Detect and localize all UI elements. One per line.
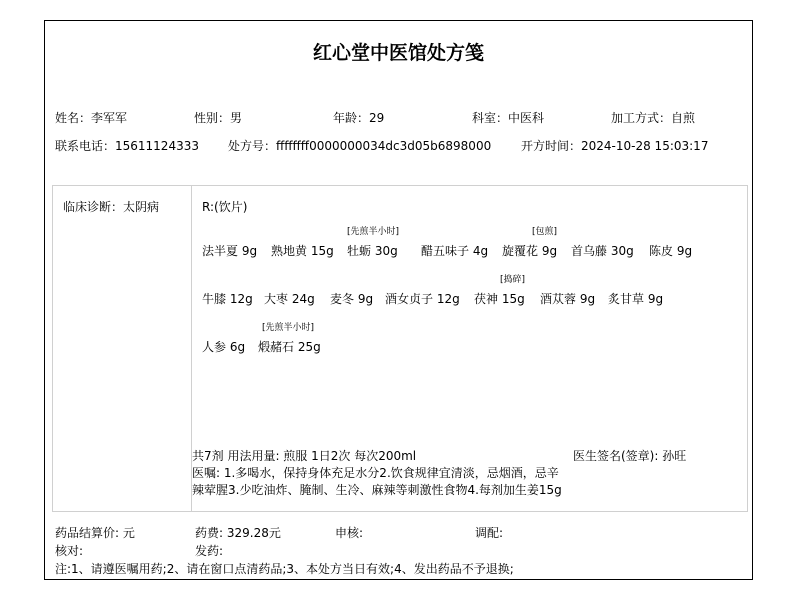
herb-note: [捣碎]: [500, 272, 525, 285]
herb-item: 茯神 15g: [474, 290, 525, 307]
phone-number: 联系电话：15611124333: [55, 137, 199, 154]
department: 科室：中医科: [472, 109, 544, 126]
herb-line-1: 法半夏 9g 熟地黄 15g [先煎半小时] 牡蛎 30g 醋五味子 4g [包…: [202, 224, 747, 264]
check-row: 核对: 发药:: [55, 542, 742, 558]
fee-row: 药品结算价: 元 药费: 329.28元 申核: 调配:: [55, 524, 742, 540]
processing-method: 加工方式：自煎: [611, 109, 695, 126]
herb-item: 煅赭石 25g: [258, 338, 321, 355]
diagnosis-column: 临床诊断：太阴病: [53, 186, 192, 511]
check-label: 核对:: [55, 542, 83, 559]
herb-item: 法半夏 9g: [202, 242, 257, 259]
herb-line-3: 人参 6g [先煎半小时] 煅赭石 25g: [202, 320, 747, 360]
patient-age: 年龄：29: [333, 109, 384, 126]
herb-note: [包煎]: [532, 224, 557, 237]
dispense-label: 发药:: [195, 542, 223, 559]
doctor-signature: 医生签名(签章): 孙旺: [573, 447, 686, 464]
herb-item: 牛膝 12g: [202, 290, 253, 307]
prescription-box: 临床诊断：太阴病 R:(饮片) 法半夏 9g 熟地黄 15g [先煎半小时] 牡…: [52, 185, 748, 512]
settlement-price: 药品结算价: 元: [55, 524, 135, 541]
herb-item: 旋覆花 9g: [502, 242, 557, 259]
rx-label: R:(饮片): [202, 198, 247, 215]
herb-item: 人参 6g: [202, 338, 245, 355]
herb-note: [先煎半小时]: [347, 224, 399, 237]
herb-item: 陈皮 9g: [649, 242, 692, 259]
page-title: 红心堂中医馆处方笺: [45, 38, 752, 65]
herb-item: 首乌藤 30g: [571, 242, 634, 259]
herb-line-2: 牛膝 12g 大枣 24g 麦冬 9g 酒女贞子 12g [捣碎] 茯神 15g…: [202, 272, 747, 312]
drug-fee: 药费: 329.28元: [195, 524, 281, 541]
patient-name: 姓名：李军军: [55, 109, 127, 126]
medical-advice: 医嘱: 1.多喝水，保持身体充足水分2.饮食规律宜清淡，忌烟酒，忌辛辣荤腥3.少…: [192, 465, 570, 499]
patient-gender: 性别：男: [194, 109, 242, 126]
usage-dosage: 共7剂 用法用量: 煎服 1日2次 每次200ml: [192, 447, 416, 464]
herb-item: 酒女贞子 12g: [385, 290, 460, 307]
herb-item: 酒苁蓉 9g: [540, 290, 595, 307]
contact-info-row: 联系电话：15611124333 处方号：ffffffff0000000034d…: [55, 137, 742, 155]
clinical-diagnosis: 临床诊断：太阴病: [63, 198, 159, 215]
prescription-number: 处方号：ffffffff0000000034dc3d05b6898000: [228, 137, 491, 154]
prescription-sheet: 红心堂中医馆处方笺 姓名：李军军 性别：男 年龄：29 科室：中医科 加工方式：…: [44, 20, 753, 580]
herb-item: 大枣 24g: [264, 290, 315, 307]
review-label: 申核:: [335, 524, 363, 541]
herb-note: [先煎半小时]: [262, 320, 314, 333]
herb-item: 熟地黄 15g: [271, 242, 334, 259]
notes-row: 注:1、请遵医嘱用药;2、请在窗口点清药品;3、本处方当日有效;4、发出药品不予…: [55, 560, 742, 576]
prescription-column: R:(饮片) 法半夏 9g 熟地黄 15g [先煎半小时] 牡蛎 30g 醋五味…: [192, 186, 747, 511]
herb-item: 炙甘草 9g: [608, 290, 663, 307]
dispense-prep-label: 调配:: [475, 524, 503, 541]
herb-item: 麦冬 9g: [330, 290, 373, 307]
herb-item: 醋五味子 4g: [421, 242, 488, 259]
prescription-time: 开方时间：2024-10-28 15:03:17: [521, 137, 708, 154]
herb-item: 牡蛎 30g: [347, 242, 398, 259]
prescription-notes: 注:1、请遵医嘱用药;2、请在窗口点清药品;3、本处方当日有效;4、发出药品不予…: [55, 560, 514, 577]
patient-info-row: 姓名：李军军 性别：男 年龄：29 科室：中医科 加工方式：自煎: [55, 109, 742, 127]
